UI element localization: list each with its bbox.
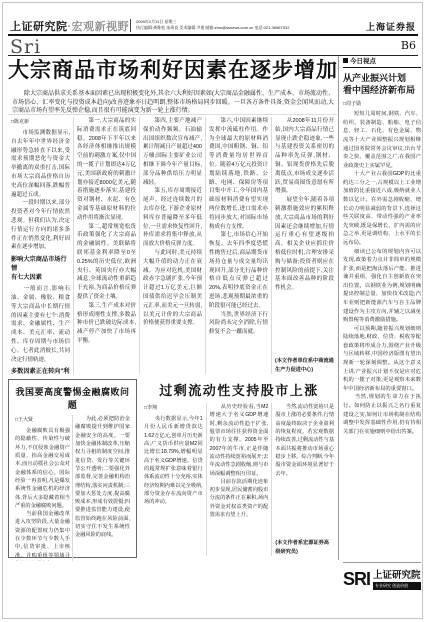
article-column: □王大贤 金融腐败具有极强的隐蔽性、传染性与破坏力,不仅侵蚀金融资产质量、抬高金… xyxy=(13,415,73,561)
article-column: 当然,流动性宽裕只是股市上涨的必要条件,行情高度最终取决于企业盈利的恢复程度。若… xyxy=(272,403,337,556)
article-column: 第一,大宗商品的实际消费需求正在筑底回稳。2008年下半年以来各经济体相继推出规… xyxy=(74,117,140,374)
bullet-square-icon xyxy=(343,58,348,63)
column-text: 从2008年11月份开始,国内大宗商品行情已显现止跌企稳迹象,一些与基建投资关系… xyxy=(275,117,334,355)
footer-divider xyxy=(343,562,421,563)
footer-logo-tagline: 专业研究 创造价值 xyxy=(373,582,421,590)
footer-logo-stack: 上证研究院 专业研究 创造价值 xyxy=(373,567,421,590)
sidebar-byline: □周子勋 xyxy=(343,100,421,107)
column-text: 金融腐败具有极强的隐蔽性、传染性与破坏力,不仅侵蚀金融资产质量、抬高金融交易成本… xyxy=(15,427,70,561)
sidebar-todays-viewpoint: 今日视点 从产业振兴计划 看中国经济新布局 □周子勋 短短几周时间,钢铁、汽车、… xyxy=(343,56,421,546)
edition-label: B6 xyxy=(401,39,416,52)
header-rule-thick xyxy=(8,34,418,36)
lead-divider xyxy=(8,114,337,115)
corruption-headline: 我国要高度警惕金融腐败问题 xyxy=(13,385,132,411)
sidebar-body: 短短几周时间,钢铁、汽车、纺织、装备制造、船舶、电子信息、轻工、石化、有色金属、… xyxy=(343,110,421,546)
subheading-turning-bullish: 多数因素正在转向"利多" xyxy=(11,368,70,374)
article-column: 从历史经验看,当M2增速大于名义GDP增速时,剩余流动性趋于扩张,股票市场往往获… xyxy=(207,403,273,556)
masthead: 上证研究院·宏观新视野 xyxy=(10,18,129,34)
sidebar-label: 今日视点 xyxy=(343,56,421,68)
paper-name: 上海证券报 xyxy=(366,20,416,33)
article-column: 为此,必须把防治金融腐败提升到维护国家金融安全的高度。一要加快金融体制改革,压缩… xyxy=(73,415,132,561)
sri-logo-icon: SRI xyxy=(343,570,370,588)
article-column: 第四,主要产地减产保价动作频频。石油输出国组织数次宣布减产,累计削减日产量超过4… xyxy=(140,117,206,374)
staff-line: 执行编辑:龚维松 朱周良 美术编辑:尹建 邮箱:zms@ssnews.com.c… xyxy=(136,25,321,31)
article-financial-corruption: 我国要高度警惕金融腐败问题 □王大贤 金融腐败具有极强的隐蔽性、传染性与破坏力,… xyxy=(8,379,137,558)
corruption-byline: □王大贤 xyxy=(15,416,70,424)
author-attribution: (本文作者系宏源证券高级研究员) xyxy=(275,537,334,556)
article-column: 第六,中国因素继续发挥中流砥柱作用。作为全球最大的原材料消费国,中国粗钢、铜、铝… xyxy=(206,117,272,374)
newspaper-page: 上证研究院·宏观新视野 2009年2月11日 星期三 执行编辑:龚维松 朱周良 … xyxy=(0,0,426,622)
liquidity-headline: 过剩流动性支持股市上涨 xyxy=(141,380,337,399)
article-column: □陈克新 市场监测数据显示,自去年年中世界经济金融形势急转直下以来,受需求预期恶… xyxy=(8,117,74,374)
header-info: 2009年2月11日 星期三 执行编辑:龚维松 朱周良 美术编辑:尹建 邮箱:z… xyxy=(130,19,321,32)
article-column: 从2008年11月份开始,国内大宗商品行情已显现止跌企稳迹象,一些与基建投资关系… xyxy=(272,117,337,374)
lead-paragraph: 除大宗商品供求关系基本面因素已出现积极变化外,其余六大利好因素如(大宗商品金融属… xyxy=(12,90,334,116)
sidebar-title: 从产业振兴计划 看中国经济新布局 xyxy=(343,72,421,96)
main-headline: 大宗商品市场利好因素在逐步增加 xyxy=(8,59,338,83)
article-column: □李翔 央行数据显示,今年1月份人民币新增贷款达1.62万亿元,创单月历史新高;… xyxy=(141,403,207,556)
main-byline: □陈克新 xyxy=(11,118,70,126)
section-name: ·宏观新视野 xyxy=(68,21,130,33)
sri-footer-logo: SRI 上证研究院 专业研究 创造价值 xyxy=(343,567,421,590)
liquidity-byline: □李翔 xyxy=(144,404,203,412)
sidebar-divider xyxy=(338,56,339,560)
column-text: 当然,流动性宽裕只是股市上涨的必要条件,行情高度最终取决于企业盈利的恢复程度。若… xyxy=(275,403,334,537)
column-text: 央行数据显示,今年1月份人民币新增贷款达1.62万亿元,创单月历史新高;广义货币… xyxy=(144,415,203,506)
column-text: 一般而言,影响石油、金属、橡胶、粮食等大宗商品中长期行情的因素主要有七个:消费需… xyxy=(11,285,70,364)
author-attribution: (本文作者单位系中商流通生产力促进中心) xyxy=(275,355,334,374)
masthead-title: 上证研究院 xyxy=(10,21,68,33)
liquidity-columns: □李翔 央行数据显示,今年1月份人民币新增贷款达1.62万亿元,创单月历史新高;… xyxy=(141,403,337,556)
subheading-seven-factors: 影响大宗商品市场行情 有七大因素 xyxy=(11,256,70,282)
footer-logo-name: 上证研究院 xyxy=(373,567,421,581)
sidebar-label-text: 今日视点 xyxy=(350,56,376,65)
corruption-columns: □王大贤 金融腐败具有极强的隐蔽性、传染性与破坏力,不仅侵蚀金融资产质量、抬高金… xyxy=(13,415,132,561)
article-excess-liquidity: 过剩流动性支持股市上涨 □李翔 央行数据显示,今年1月份人民币新增贷款达1.62… xyxy=(141,379,337,558)
main-article-columns: □陈克新 市场监测数据显示,自去年年中世界经济金融形势急转直下以来,受需求预期恶… xyxy=(8,117,337,374)
column-text: 市场监测数据显示,自去年年中世界经济金融形势急转直下以来,受需求预期恶化与资金大… xyxy=(11,129,70,252)
